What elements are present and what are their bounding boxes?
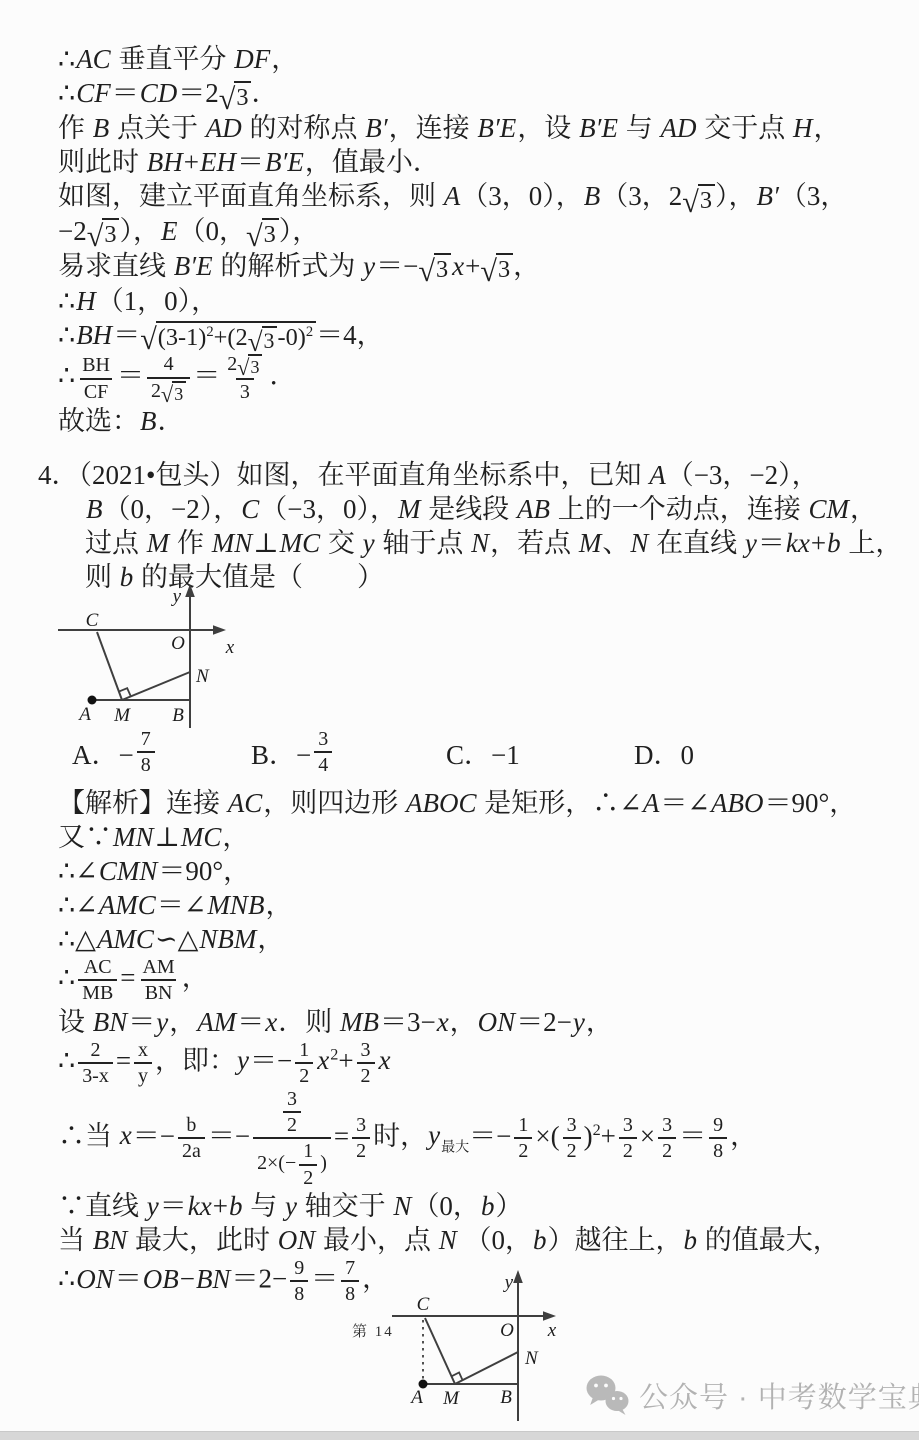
math-line: 易求直线 B′E 的解析式为 y＝−√3x+√3，	[58, 249, 847, 284]
sqrt-expression: √3	[246, 218, 279, 248]
page-number-label: 第 14	[352, 1320, 394, 1341]
fraction: 322×(−12)	[253, 1088, 331, 1190]
wechat-icon	[584, 1374, 630, 1416]
scanned-math-worksheet: { "doc": { "colors": { "ink": "#1f1f1f",…	[0, 0, 919, 1440]
math-line: ∴AC 垂直平分 DF，	[58, 42, 847, 76]
fraction: 78	[137, 728, 155, 777]
coordinate-diagram-2: y x O C A M B N	[385, 1266, 575, 1426]
fraction: xy	[134, 1039, 152, 1088]
x-axis-arrow	[213, 625, 226, 635]
math-line: B（0，−2），C（−3，0），M 是线段 AB 上的一个动点，连接 CM，	[85, 492, 902, 526]
segment-MN	[455, 1352, 518, 1384]
point-label-C: C	[86, 610, 99, 631]
math-line: 【解析】连接 AC，则四边形 ABOC 是矩形，∴∠A＝∠ABO＝90°，	[58, 786, 856, 820]
math-line: 设 BN＝y，AM＝x．则 MB＝3−x，ON＝2−y，	[58, 1005, 856, 1039]
math-line: 则此时 BH+EH＝B′E，值最小．	[58, 145, 847, 179]
fraction: 98	[290, 1257, 308, 1306]
math-line: 故选：B．	[58, 404, 847, 438]
fraction: 2√33	[223, 353, 266, 403]
fraction: 98	[709, 1114, 727, 1163]
sqrt-expression: √3	[87, 218, 120, 248]
sqrt-expression: √3	[219, 81, 252, 111]
fraction: 32	[658, 1114, 676, 1163]
y-axis-arrow	[185, 584, 195, 597]
axis-label-y: y	[171, 586, 182, 607]
point-label-B: B	[500, 1387, 512, 1408]
fraction: BHCF	[78, 354, 114, 403]
segment-CM	[425, 1318, 455, 1384]
sqrt-expression: √3	[480, 253, 513, 283]
sqrt-expression: √3	[418, 253, 451, 283]
option-item: B．−34	[251, 728, 335, 776]
math-line: ∴∠CMN＝90°，	[58, 854, 856, 888]
fraction: 12	[514, 1114, 532, 1163]
math-line: ∴△AMC∽△NBM，	[58, 922, 856, 956]
math-line: 当 BN 最大，此时 ON 最小，点 N （0，b）越往上，b 的值最大，	[58, 1223, 856, 1257]
fraction: 12	[295, 1039, 313, 1088]
math-line: 作 B 点关于 AD 的对称点 B′，连接 B′E，设 B′E 与 AD 交于点…	[58, 111, 847, 145]
sqrt-expression: √3	[682, 184, 715, 214]
option-item: A．−78	[72, 728, 158, 776]
math-line: ∴23-x=xy，即：y＝−12x2+32x	[58, 1039, 856, 1088]
answer-options-row: A．−78B．−34C．−1D．0	[72, 728, 872, 776]
fraction: 78	[341, 1257, 359, 1306]
sqrt-expression: √3	[248, 326, 278, 353]
point-label-A: A	[409, 1387, 423, 1408]
option-item: C．−1	[446, 728, 520, 776]
math-line: ∴∠AMC＝∠MNB，	[58, 888, 856, 922]
solution3-text-block: ∴AC 垂直平分 DF，∴CF＝CD＝2√3．作 B 点关于 AD 的对称点 B…	[58, 42, 847, 438]
fraction: b2a	[178, 1114, 205, 1163]
sqrt-expression: √3	[161, 381, 186, 404]
math-line: ∴当 x＝−b2a＝−322×(−12)=32时，y最大＝−12×(32)2+3…	[58, 1088, 856, 1190]
fraction: 23-x	[78, 1039, 113, 1088]
math-line: 4．（2021•包头）如图，在平面直角坐标系中，已知 A（−3，−2），	[38, 458, 902, 492]
fraction: 32	[563, 1114, 581, 1163]
point-label-N: N	[524, 1348, 539, 1369]
option-item: D．0	[634, 728, 694, 776]
fraction: 32	[352, 1114, 370, 1163]
point-label-A: A	[77, 704, 91, 725]
fraction: AMBN	[139, 956, 179, 1005]
point-label-M: M	[113, 705, 131, 726]
math-line: 过点 M 作 MN⊥MC 交 y 轴于点 N，若点 M、N 在直线 y＝kx+b…	[85, 526, 902, 560]
sqrt-expression: √3	[237, 354, 262, 377]
segment-MN	[122, 672, 190, 700]
sqrt-expression: √(3-1)2+(2√3-0)2	[140, 321, 316, 353]
fraction: 42√3	[147, 353, 190, 403]
fraction: 34	[314, 728, 332, 777]
fraction: 12	[299, 1140, 317, 1189]
fraction: 32	[619, 1114, 637, 1163]
point-label-B: B	[172, 705, 184, 726]
watermark-text: 公众号 · 中考数学宝典	[639, 1375, 919, 1416]
axis-label-x: x	[547, 1320, 557, 1341]
math-line: 如图，建立平面直角坐标系，则 A（3，0），B（3，2√3），B′（3，	[58, 179, 847, 214]
math-line: 又∵MN⊥MC，	[58, 820, 856, 854]
bottom-edge-bar	[0, 1431, 919, 1440]
math-line: −2√3），E（0，√3），	[58, 214, 847, 249]
fraction: 32	[357, 1039, 375, 1088]
watermark: 公众号 · 中考数学宝典	[584, 1374, 919, 1416]
point-label-N: N	[195, 666, 210, 687]
math-line: ∴CF＝CD＝2√3．	[58, 76, 847, 111]
point-label-M: M	[442, 1388, 460, 1409]
segment-CM	[97, 632, 122, 700]
fraction: 32	[283, 1088, 301, 1137]
problem4-statement-block: 4．（2021•包头）如图，在平面直角坐标系中，已知 A（−3，−2），B（0，…	[38, 458, 902, 594]
math-line: ∴H（1，0），	[58, 284, 847, 318]
fraction: ACMB	[78, 956, 117, 1005]
axis-label-y: y	[503, 1272, 514, 1293]
origin-label: O	[171, 633, 185, 654]
y-axis-arrow	[513, 1270, 523, 1283]
math-line: ∴ACMB=AMBN，	[58, 956, 856, 1005]
math-line: ∴BH＝√(3-1)2+(2√3-0)2＝4，	[58, 318, 847, 354]
math-line: ∵直线 y＝kx+b 与 y 轴交于 N（0，b）	[58, 1189, 856, 1223]
origin-label: O	[500, 1320, 514, 1341]
math-line: ∴BHCF＝42√3＝2√33．	[58, 353, 847, 403]
coordinate-diagram-1: y x O C A M B N	[40, 580, 245, 732]
problem4-analysis-block: 【解析】连接 AC，则四边形 ABOC 是矩形，∴∠A＝∠ABO＝90°，又∵M…	[58, 786, 856, 1306]
axis-label-x: x	[225, 637, 235, 658]
point-label-C: C	[417, 1294, 430, 1315]
